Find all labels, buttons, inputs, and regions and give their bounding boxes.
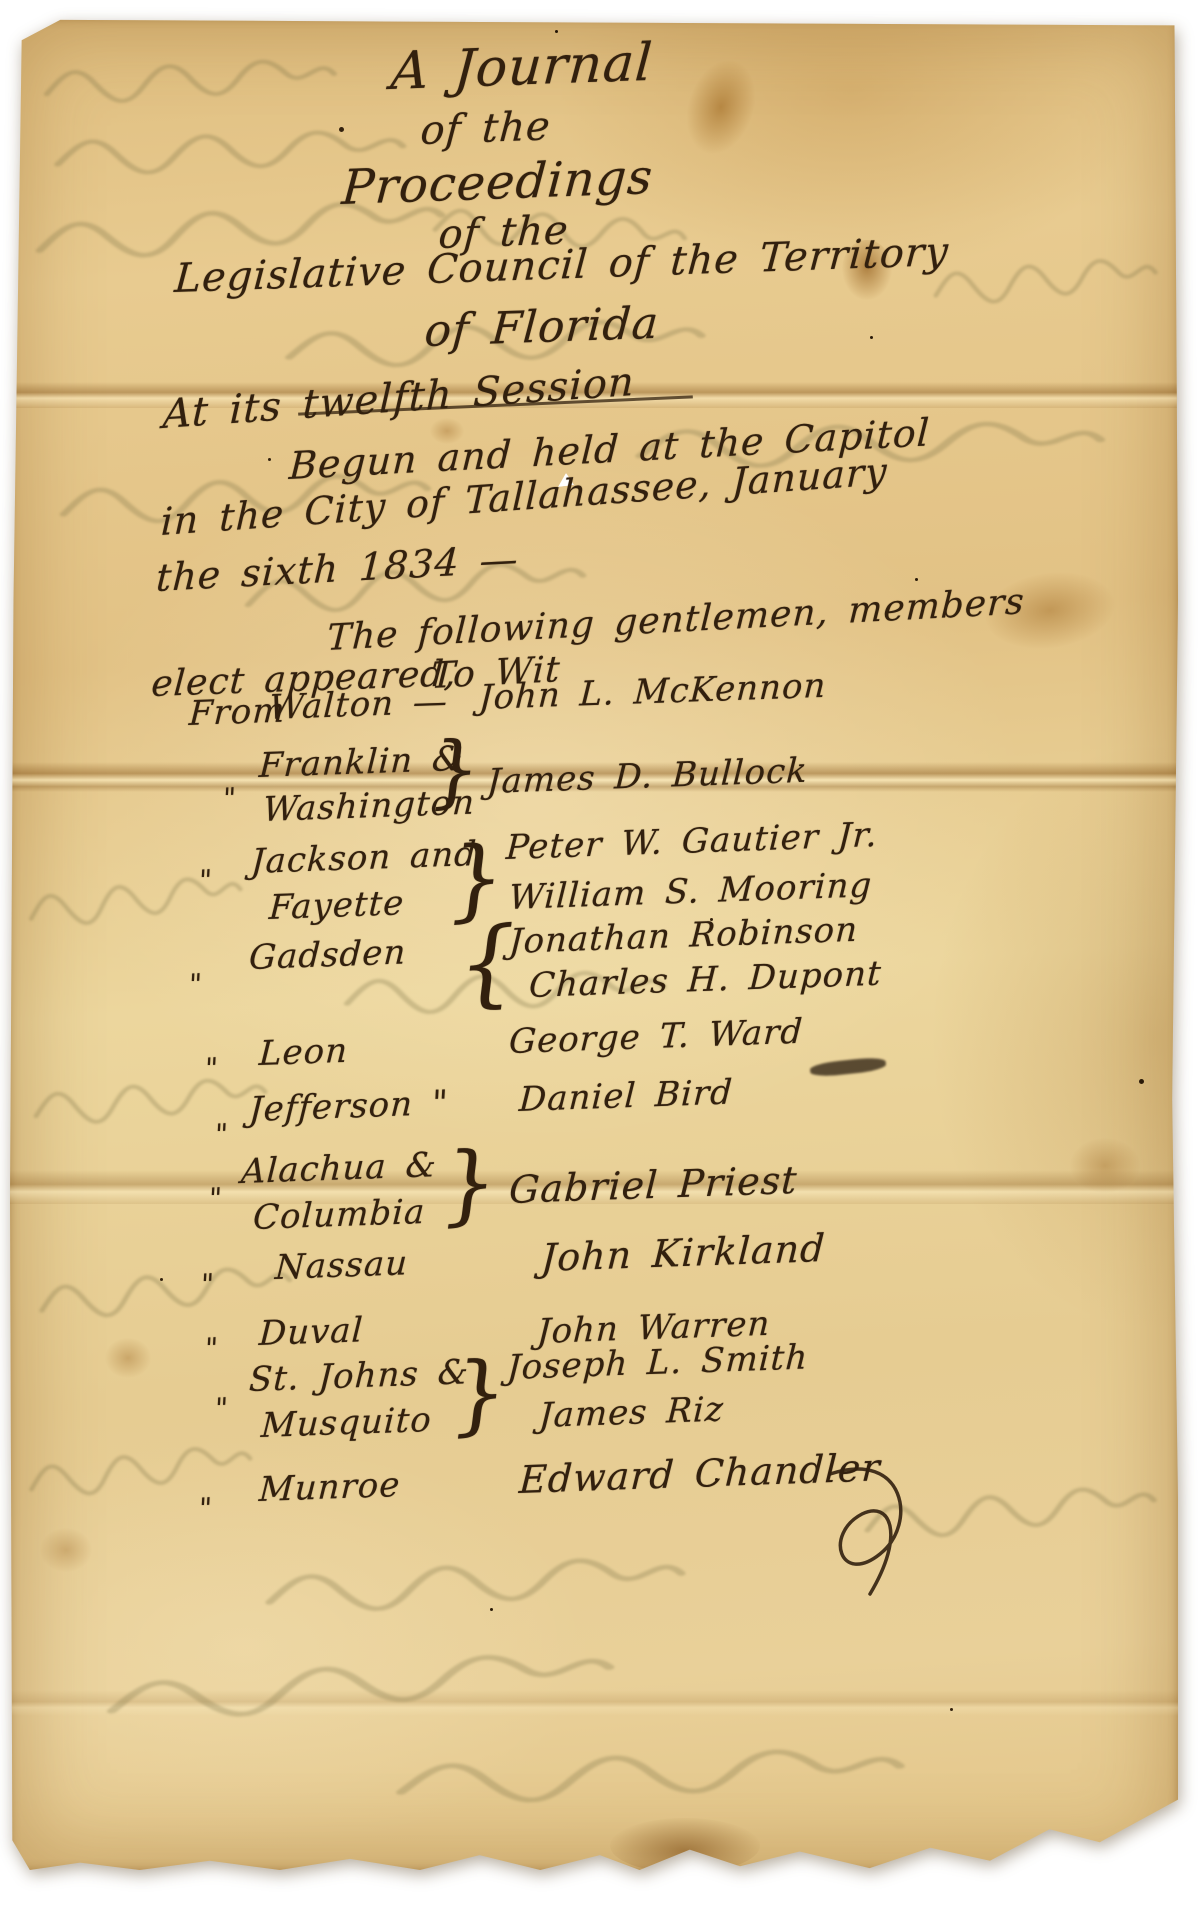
member-name: Jonathan Robinson [508, 910, 859, 962]
session-line: At its twelfth Session [162, 359, 635, 438]
title-line-5: Legislative Council of the Territory [0, 256, 1200, 302]
body-line-3: the sixth 1834 — [155, 537, 520, 600]
brace-glyph: } [428, 736, 482, 806]
brace-glyph: } [450, 1356, 510, 1433]
ditto-mark: " [198, 863, 214, 897]
ditto-mark: " [222, 781, 238, 815]
county-label: Nassau [274, 1243, 409, 1288]
intro-line-1: The following gentlemen, members [326, 581, 1026, 659]
county-label: Gadsden [248, 932, 407, 978]
ditto-mark: " [204, 1051, 220, 1085]
county-label: Duval [258, 1310, 365, 1354]
member-name: William S. Mooring [508, 865, 873, 918]
title-text: of Florida [423, 298, 661, 357]
member-name: John Kirkland [540, 1226, 827, 1280]
county-label: Jackson and [250, 834, 478, 882]
county-label: Walton — [268, 682, 449, 728]
title-text: A Journal [389, 33, 655, 102]
member-name: Peter W. Gautier Jr. [505, 815, 879, 868]
brace-glyph: } [440, 1146, 500, 1223]
member-name: James Riz [538, 1389, 725, 1436]
county-label: Munroe [258, 1465, 401, 1510]
ditto-mark: " [204, 1331, 220, 1365]
ditto-mark: " [214, 1117, 230, 1151]
county-label: Alachua & [240, 1145, 438, 1192]
handwriting-layer: A Journal of the Proceedings of the Legi… [0, 0, 1200, 1919]
member-name: Gabriel Priest [508, 1158, 799, 1212]
scanned-manuscript-page: A Journal of the Proceedings of the Legi… [0, 0, 1200, 1919]
county-label: Leon [258, 1031, 349, 1074]
ditto-mark: " [200, 1267, 216, 1301]
ditto-mark: " [208, 1181, 224, 1215]
title-line-1: A Journal [0, 42, 1200, 102]
member-name: George T. Ward [508, 1012, 804, 1062]
member-name: James D. Bullock [486, 751, 809, 802]
member-name: Daniel Bird [518, 1072, 734, 1120]
title-line-2: of the [0, 108, 1200, 154]
ditto-mark: " [188, 967, 204, 1001]
county-label: Musquito [260, 1400, 433, 1446]
member-name: Charles H. Dupont [528, 954, 883, 1006]
signature-swash [810, 1454, 920, 1624]
county-label: Fayette [268, 883, 405, 928]
county-label: Columbia [252, 1192, 426, 1238]
ditto-mark: " [214, 1391, 230, 1425]
county-label: St. Johns & [248, 1352, 470, 1400]
title-text: of the [419, 103, 552, 154]
title-line-3: Proceedings [0, 160, 1200, 216]
brace-glyph: } [445, 840, 506, 919]
county-label: Jefferson " [248, 1083, 450, 1130]
title-text: Proceedings [340, 149, 655, 216]
ditto-mark: " [198, 1491, 214, 1525]
title-line-6: of Florida [0, 306, 1200, 357]
